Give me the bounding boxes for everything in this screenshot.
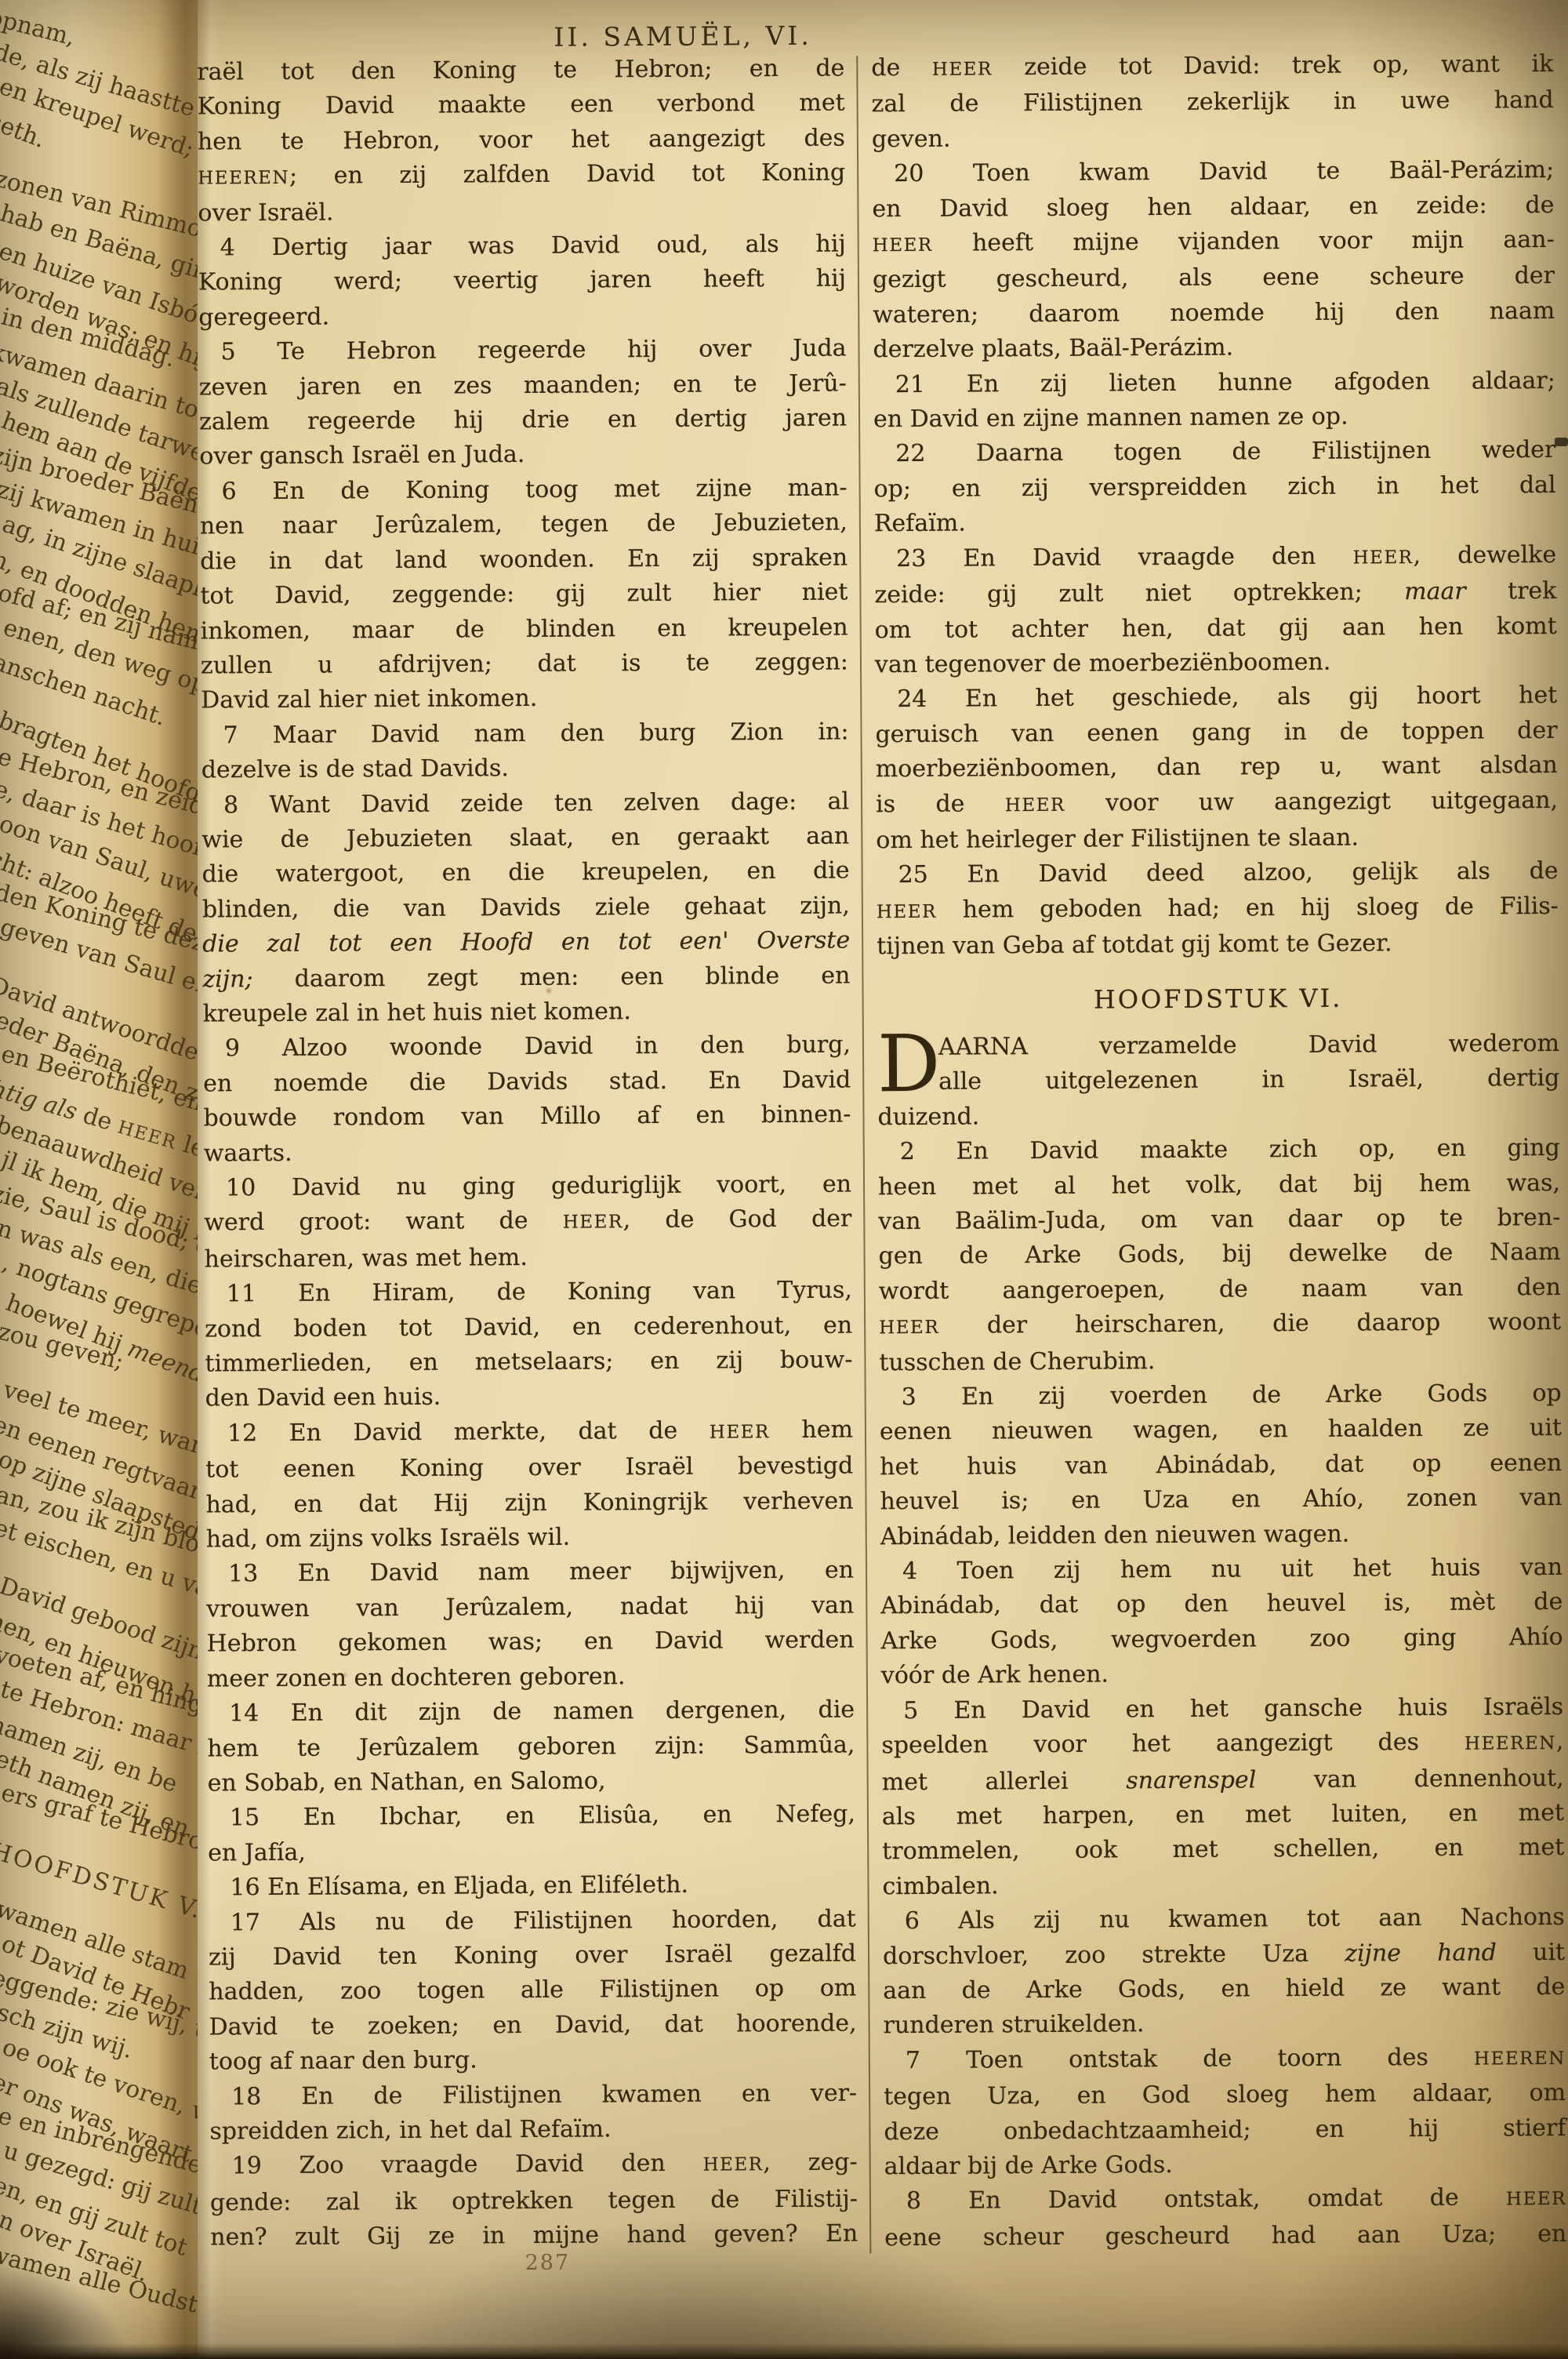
text-line: 4 Toen zij hem nu uit het huis van [880,1550,1563,1590]
text-line: de HEER zeide tot David: trek op, want i… [871,47,1553,88]
text-line: 2 En David maakte zich op, en ging [878,1131,1560,1170]
text-line: werd groot: want de HEER, de God der [204,1202,851,1242]
running-header: II. SAMUËL, VI. [471,20,895,53]
text-line: aldaar bij de Arke Gods. [884,2146,1566,2185]
text-line: 18 En de Filistijnen kwamen en ver- [209,2076,857,2114]
text-line: 8 Want David zeide ten zelven dage: al [201,784,849,823]
text-line: hadden, zoo togen alle Filistijnen op om [209,1972,856,2010]
text-line: wie de Jebuzieten slaat, en geraakt aan [201,819,849,857]
text-line: hem te Jerûzalem geboren zijn: Sammûa, [207,1728,855,1766]
text-line: zeide: gij zult niet optrekken; maar tre… [874,574,1556,613]
text-line: 22 Daarna togen de Filistijnen weder [873,433,1555,472]
text-line: Refaïm. [874,503,1556,542]
bible-page: opnam,de, als zij haastteen kreupel werd… [0,0,1568,2359]
text-line: waarts. [204,1132,851,1171]
text-line: 7 Maar David nam den burg Zion in: [201,714,848,753]
text-line: met allerlei snarenspel van dennenhout, [882,1761,1564,1800]
text-line: over Israël. [198,192,845,231]
text-line: heuvel is; en Uza en Ahío, zonen van [880,1481,1562,1520]
text-line: het huis van Abinádab, dat op eenen [880,1446,1562,1485]
small-caps-word: HEEREN [198,168,289,189]
text-line: heirscharen, was met hem. [204,1238,851,1277]
italic-phrase: die zal tot een Hoofd en tot een' Overst… [202,927,850,958]
text-line: cimbalen. [882,1866,1564,1905]
text-line: zij David ten Koning over Israël gezalfd [209,1936,856,1975]
text-line: 10 David nu ging geduriglijk voort, en [204,1167,851,1205]
text-line: zal de Filistijnen zekerlijk in uwe hand [871,83,1553,122]
text-line: bouwde rondom van Millo af en binnen- [203,1098,851,1136]
text-line: 19 Zoo vraagde David den HEER, zeg- [210,2146,858,2186]
text-line: moerbeziënboomen, dan rep u, want alsdan [876,748,1558,787]
small-caps-word: HEER [1352,547,1413,568]
text-line: zond boden tot David, en cederenhout, en [205,1308,852,1347]
text-line: aan de Arke Gods, en hield ze want de [883,1970,1565,2009]
small-caps-word: HEER [702,2155,763,2175]
text-line: 14 En dit zijn de namen dergenen, die [207,1693,855,1732]
small-caps-word: HEER [710,1422,770,1442]
text-line: runderen struikelden. [883,2005,1565,2044]
text-line: geregeerd. [198,296,846,335]
text-line: en noemde die Davids stad. En David [203,1063,851,1101]
text-line: 11 En Hiram, de Koning van Tyrus, [205,1274,852,1312]
text-line: David zal hier niet inkomen. [201,680,848,718]
small-caps-word: HEEREN [1474,2048,1566,2070]
text-line: duizend. [877,1096,1559,1136]
italic-phrase: snarenspel [1126,1766,1256,1794]
text-line: Abinádab, leidden den nieuwen wagen. [880,1516,1563,1555]
text-line: meer zonen en dochteren geboren. [207,1658,855,1696]
text-line: wordt aangeroepen, de naam van den [879,1270,1561,1310]
text-line: hen te Hebron, voor het aangezigt des [198,121,845,159]
small-caps-word: HEEREN [1465,1733,1556,1754]
text-line: over gansch Israël en Juda. [199,436,847,474]
text-line: eenen nieuwen wagen, en haalden ze uit [880,1411,1562,1450]
text-line: 21 En zij lieten hunne afgoden aldaar; [873,364,1555,403]
text-line: 16 En Elísama, en Eljada, en Eliféleth. [208,1867,855,1906]
text-line: Arke Gods, wegvoerden zoo ging Ahío [880,1620,1563,1659]
text-line: alle uitgelezenen in Israël, dertig [877,1061,1559,1100]
text-line: speelden voor het aangezigt des HEEREN, [881,1725,1563,1765]
text-line: van Baälim-Juda, om van daar op te bren- [878,1201,1560,1240]
text-line: zijn; daarom zegt men: een blinde en [202,958,850,997]
text-line: zullen u afdrijven; dat is te zeggen: [201,645,848,683]
text-line: zeven jaren en zes maanden; en te Jerû- [199,366,847,405]
text-line: HEER hem geboden had; en hij sloeg de Fi… [877,889,1559,930]
text-line: blinden, die van Davids ziele gehaat zij… [202,889,850,927]
text-line: gezigt gescheurd, als eene scheure der [873,259,1555,298]
text-line: 24 En het geschiede, als gij hoort het [875,678,1557,718]
small-caps-word: HEER [932,59,993,79]
text-line: Abinádab, dat op den heuvel is, mèt de [880,1585,1563,1624]
text-line: heen met al het volk, dat bij hem was, [878,1166,1560,1205]
text-line: had, en dat Hij zijn Koningrijk verheven [205,1484,853,1522]
text-line: en David en zijne mannen namen ze op. [873,398,1555,438]
text-line: gende: zal ik optrekken tegen de Filisti… [210,2182,858,2220]
text-line: 3 En zij voerden de Arke Gods op [880,1376,1562,1416]
text-line: zalem regeerde hij drie en dertig jaren [199,402,847,440]
book-photo: opnam,de, als zij haastteen kreupel werd… [0,0,1568,2359]
small-caps-word: HEER [879,1318,939,1338]
text-line: 20 Toen kwam David te Baäl-Perázim; [872,153,1554,192]
text-line: 13 En David nam meer bijwijven, en [206,1554,854,1592]
text-line: tijnen van Geba af totdat gij komt te Ge… [877,925,1559,965]
small-caps-word: HEER [873,235,933,256]
text-line: die in dat land woonden. En zij spraken [200,540,848,579]
text-line: nen? zult Gij ze in mijne hand geven? En [210,2217,858,2255]
text-line: dorschvloer, zoo strekte Uza zijne hand … [883,1935,1565,1974]
text-line: geven. [872,118,1554,158]
text-line: om het heirleger der Filistijnen te slaa… [876,820,1558,859]
text-line: geruisch van eenen gang in de toppen der [875,714,1557,753]
text-line: tot eenen Koning over Israël bevestigd [205,1449,853,1488]
text-line: derzelve plaats, Baäl-Perázim. [873,329,1555,368]
small-caps-word: HEER [1506,2189,1566,2209]
text-line: spreidden zich, in het dal Refaïm. [209,2110,857,2149]
text-line: 12 En David merkte, dat de HEER hem [205,1412,853,1452]
text-line: HEEREN; en zij zalfden David tot Koning [198,156,845,196]
text-line: en Jafía, [208,1832,855,1870]
text-line: en David sloeg hen aldaar, en zeide: de [872,188,1554,227]
text-line: 7 Toen ontstak de toorn des HEEREN [884,2040,1566,2081]
text-line: en Sobab, en Nathan, en Salomo, [208,1762,855,1801]
text-line: 5 Te Hebron regeerde hij over Juda [198,332,846,370]
text-line: tot David, zeggende: gij zult hier niet [200,576,848,614]
small-caps-word: HEER [1005,794,1065,815]
small-caps-word: HEER [877,902,937,922]
text-line: timmerlieden, en metselaars; en zij bouw… [205,1343,852,1382]
page-number: 287 [492,2250,602,2275]
text-line: op; en zij verspreidden zich in het dal [873,468,1555,507]
text-line: kreupele zal in het huis niet komen. [203,993,851,1031]
text-line: wateren; daarom noemde hij den naam [873,294,1555,333]
text-line: tusschen de Cherubim. [879,1342,1561,1381]
text-line: deze onbedachtzaamheid; en hij stierf [884,2110,1566,2150]
text-line: HEER heeft mijne vijanden voor mijn aan- [873,223,1555,264]
text-line: HEER der heirscharen, die daarop woont [879,1305,1561,1346]
right-column: de HEER zeide tot David: trek op, want i… [871,47,1566,2255]
text-line: David te zoeken; en David, dat hoorende, [209,2006,856,2045]
text-line: is de HEER voor uw aangezigt uitgegaan, [876,783,1558,823]
text-line: 4 Dertig jaar was David oud, als hij [198,227,846,266]
italic-phrase: zijne hand [1345,1939,1497,1967]
text-line: Koning David maakte een verbond met [198,86,845,125]
page-edge-mark [1555,438,1568,446]
text-line: 25 En David deed alzoo, gelijk als de [877,854,1559,893]
text-line: om tot achter hen, dat gij aan hen komt [875,609,1557,648]
text-line: vrouwen van Jerûzalem, nadat hij van [206,1588,854,1627]
text-line: den David een huis. [205,1378,853,1416]
text-line: nen naar Jerûzalem, tegen de Jebuzieten, [200,506,848,544]
text-line: 15 En Ibchar, en Elisûa, en Nefeg, [208,1797,855,1836]
text-line: tegen Uza, en God sloeg hem aldaar, om [884,2076,1566,2115]
text-line: van tegenover de moerbeziënboomen. [875,644,1557,683]
text-line: dezelve is de stad Davids. [201,750,849,788]
text-line: Hebron gekomen was; en David werden [206,1623,854,1662]
text-line: die watergoot, en die kreupelen, en die [201,854,849,892]
text-line: 9 Alzoo woonde David in den burg, [203,1028,851,1067]
page-content: II. SAMUËL, VI. raël tot den Koning te H… [0,0,1568,2359]
italic-phrase: maar [1404,578,1466,605]
text-line: 23 En David vraagde den HEER, dewelke [874,538,1556,579]
text-line: had, om zijns volks Israëls wil. [206,1519,854,1558]
text-line: inkomen, maar de blinden en kreupelen [201,610,848,649]
text-line: 17 Als nu de Filistijnen hoorden, dat [209,1902,856,1940]
small-caps-word: HEER [563,1212,623,1233]
text-line: Koning werd; veertig jaren heeft hij [198,262,846,300]
text-line: toog af naar den burg. [209,2041,857,2080]
text-line: 6 Als zij nu kwamen tot aan Nachons [883,1900,1565,1939]
text-line: trommelen, ook met schellen, en met [882,1830,1564,1870]
chapter-heading: HOOFDSTUK VI. [877,980,1559,1019]
text-line: 5 En David en het gansche huis Israëls [881,1690,1563,1729]
text-line: die zal tot een Hoofd en tot een' Overst… [202,924,850,962]
text-line: vóór de Ark henen. [881,1655,1563,1694]
text-line: 6 En de Koning toog met zijne man- [199,471,847,509]
text-line: eene scheur gescheurd had aan Uza; en [884,2217,1566,2256]
text-line: raël tot den Koning te Hebron; en de [197,52,844,90]
text-line: als met harpen, en met luiten, en met [882,1796,1564,1835]
text-line: gen de Arke Gods, bij dewelke de Naam [878,1235,1560,1274]
text-line: DAARNA verzamelde David wederom [877,1027,1559,1066]
column-divider [856,56,871,2253]
italic-phrase: zijn; [202,965,252,993]
left-column: raël tot den Koning te Hebron; en deKoni… [197,52,858,2256]
text-line: 8 En David ontstak, omdat de HEER [884,2180,1566,2221]
